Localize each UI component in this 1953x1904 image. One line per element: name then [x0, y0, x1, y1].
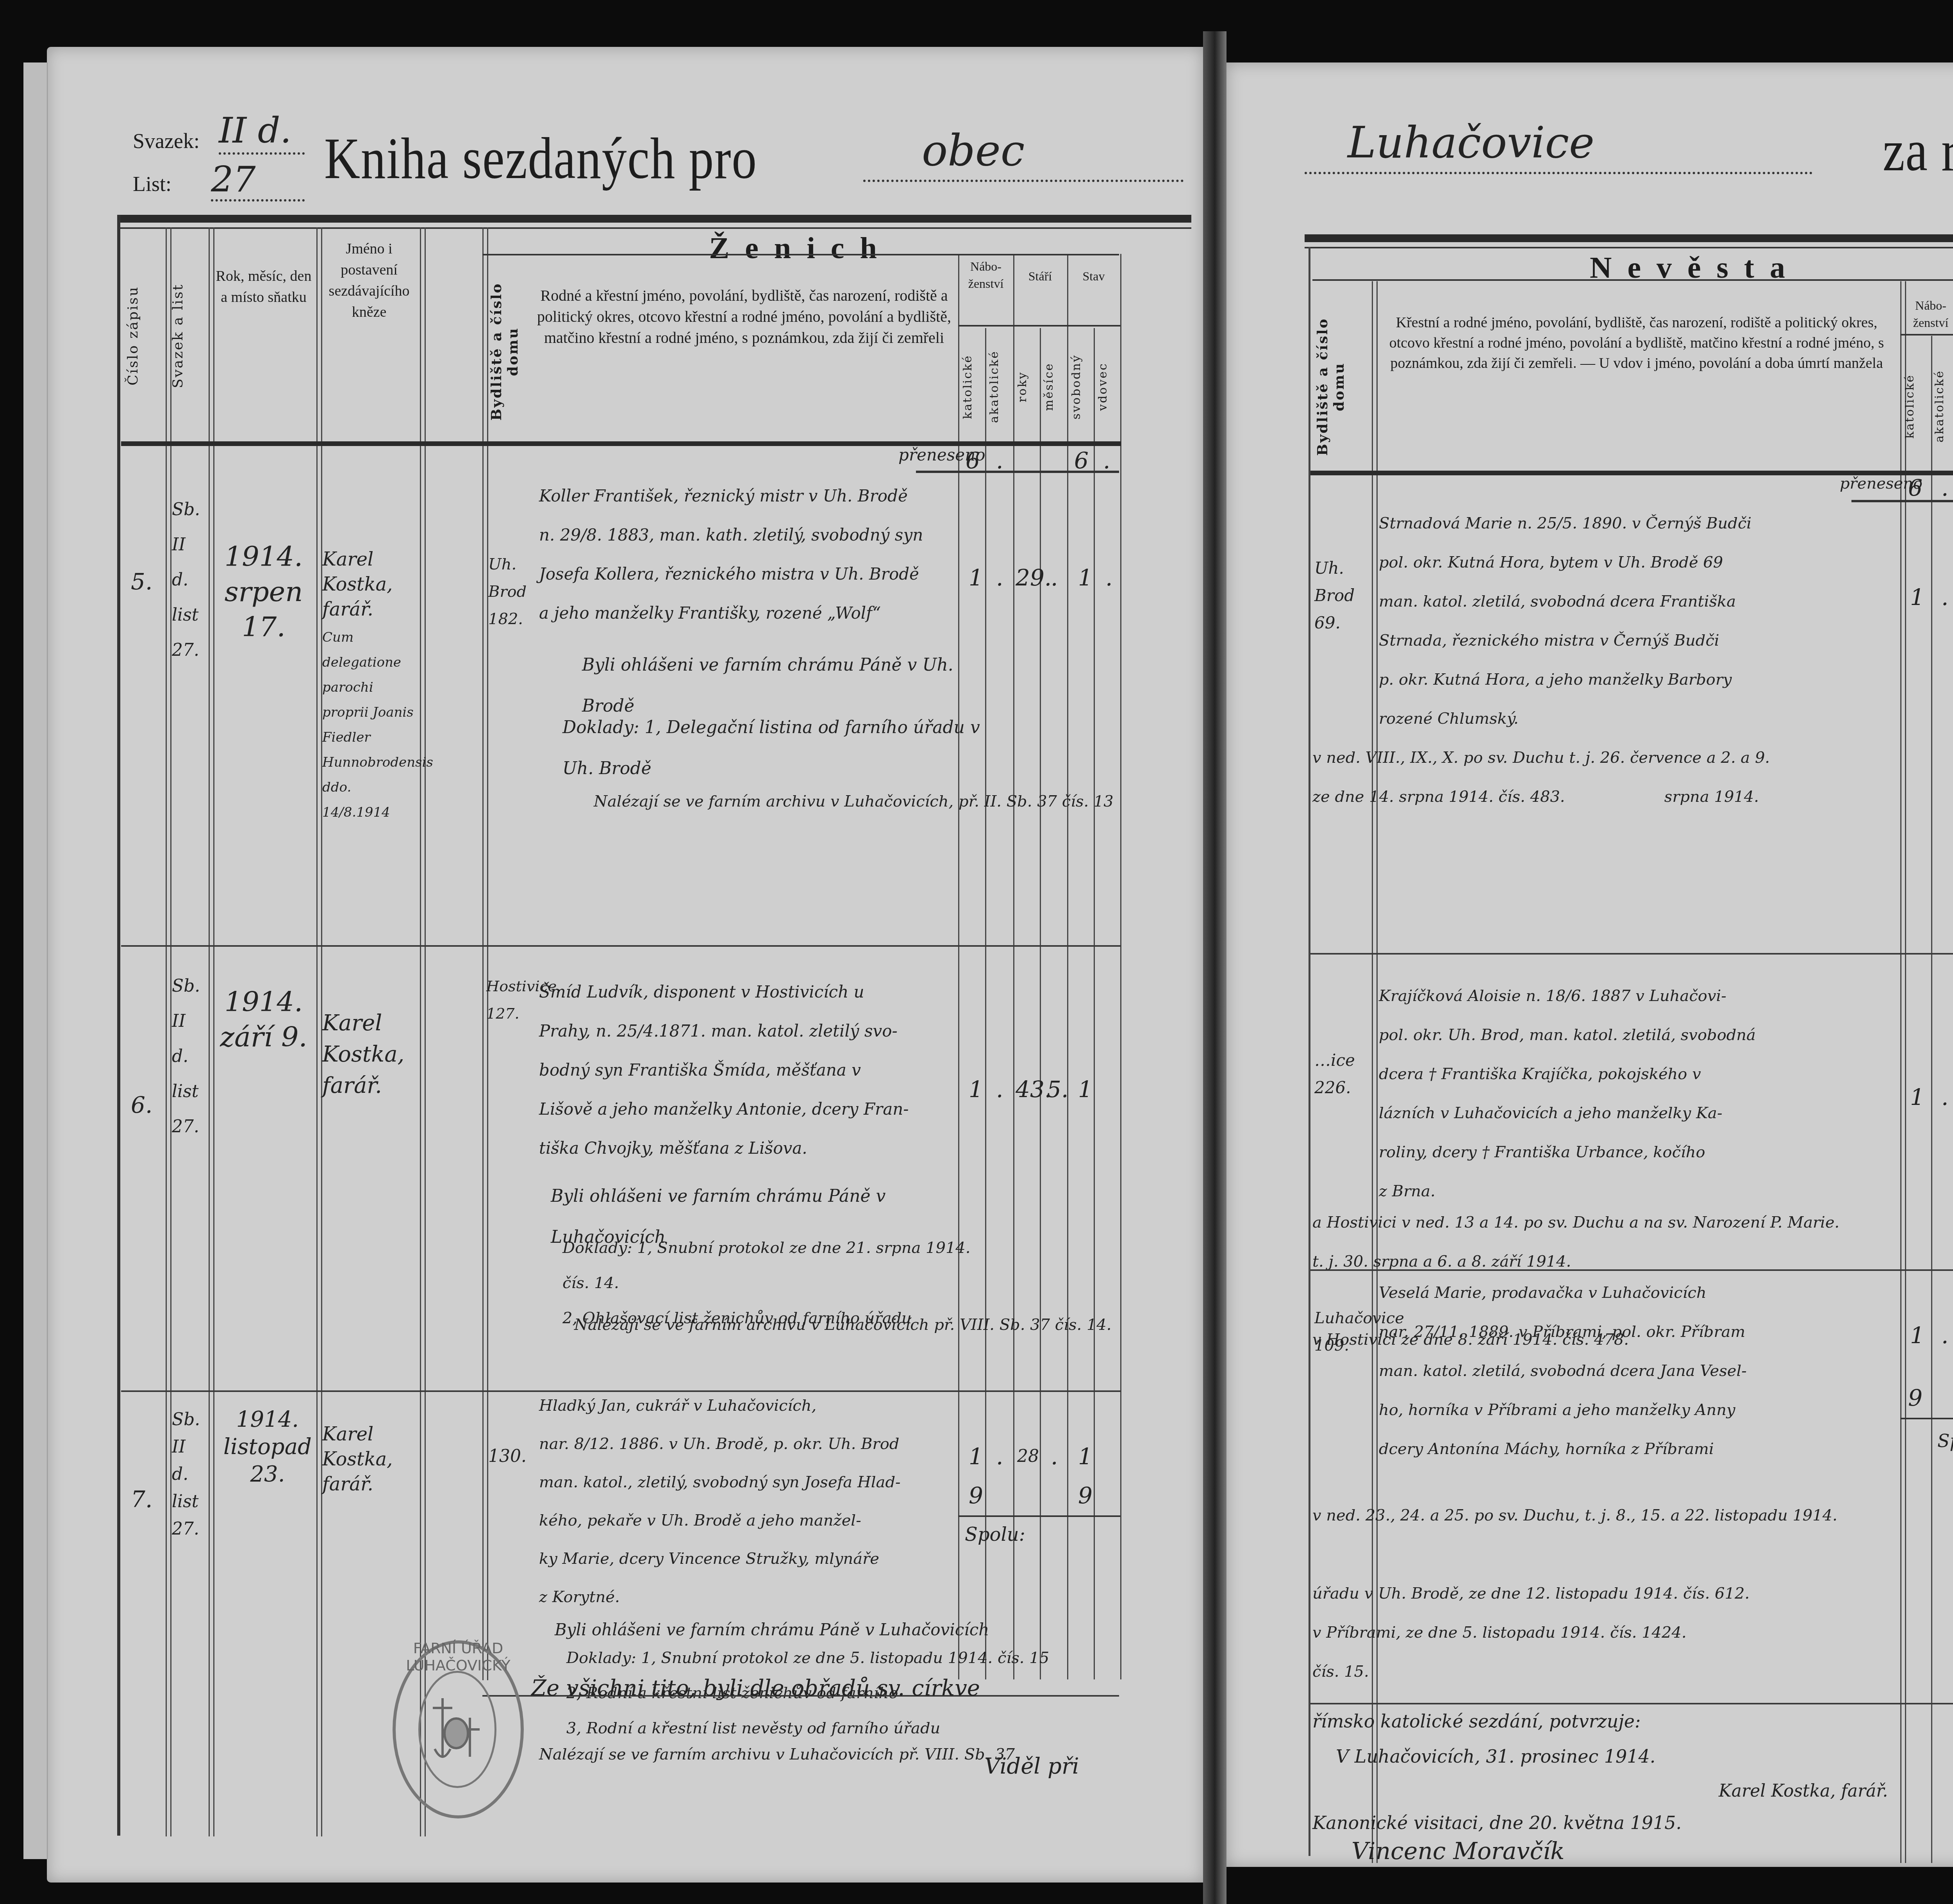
col-divider [1013, 254, 1014, 1679]
group-header-rule [1312, 279, 1953, 281]
val-svobodny: 1 [1078, 1437, 1093, 1476]
val-mesice: . [1051, 559, 1058, 597]
total-katolicke: 9 [969, 1476, 983, 1515]
col-divider [1094, 328, 1095, 1679]
book-spine [1203, 31, 1226, 1904]
header-popis: Rodné a křestní jméno, povolání, bydlišt… [535, 285, 953, 348]
visa-text: Viděl při [984, 1754, 1079, 1779]
visitor-signature: Vincenc Moravčík [1351, 1838, 1565, 1865]
header-rok-mesic: Rok, měsíc, den a místo sňatku [213, 266, 314, 308]
carried-over-rule [1851, 500, 1953, 502]
entry-residence: Uh. Brod 182. [488, 551, 535, 633]
header-cislo-zapisu: Číslo zápisu [125, 234, 164, 437]
archive-text: Nalézají se ve farním archivu v Luhačovi… [574, 1304, 1113, 1345]
bride-banns: v ned. VIII., IX., X. po sv. Duchu t. j.… [1312, 738, 1953, 816]
val-roky: 43. [1016, 1070, 1051, 1108]
bride-description: Strnadová Marie n. 25/5. 1890. v Černýš … [1379, 504, 1898, 738]
bride-residence: …ice 226. [1314, 1047, 1369, 1101]
carried-svobodny: 6 [1074, 441, 1089, 480]
entry-date: 1914. srpen 17. [215, 539, 312, 644]
carried-vdovec: . [1103, 441, 1110, 480]
header-svazek-a-list: Svazek a list [170, 234, 207, 437]
entry-date: 1914. září 9. [215, 984, 312, 1055]
header-mesice: měsíce [1042, 336, 1066, 437]
entry-svazek: Sb. II d. list 27. [172, 969, 207, 1144]
header-nabozenstvi: Nábo-ženství [1901, 297, 1953, 331]
val-katolicke: 1 [1910, 578, 1924, 616]
entry-residence: Hostivice, 127. [486, 973, 537, 1027]
place-value: Luhačovice [1305, 113, 1812, 174]
col-divider [420, 227, 426, 1836]
col-divider [958, 254, 959, 1679]
bride-residence: Uh. Brod 69. [1314, 555, 1369, 637]
documents-text: Doklady: 1, Delegační listina od farního… [562, 707, 996, 789]
entry-divider [121, 945, 1121, 947]
anchor-cross-heart-icon [427, 1690, 486, 1768]
bride-description: Veselá Marie, prodavačka v Luhačovicích … [1379, 1273, 1898, 1469]
val-katolicke: 1 [1910, 1316, 1924, 1354]
entry-number: 6. [131, 1086, 152, 1124]
val-svobodny: 1 [1078, 1070, 1093, 1108]
val-katolicke: 1 [1910, 1078, 1924, 1116]
header-akatolicke: akatolické [987, 336, 1012, 437]
entry-divider [1310, 1703, 1953, 1704]
entry-svazek: Sb. II d. list 27. [172, 1406, 207, 1543]
left-page: Svazek: II d. List: 27 Kniha sezdaných p… [47, 47, 1203, 1883]
header-katolicke: katolické [1903, 344, 1930, 469]
list-label: List: [133, 172, 171, 196]
groom-description: Šmíd Ludvík, disponent v Hostivicích u P… [539, 973, 957, 1168]
entry-svazek: Sb. II d. list 27. [172, 492, 207, 668]
carried-katolicke: 6 [966, 441, 980, 480]
svazek-value: II d. [219, 109, 305, 155]
col-divider [166, 227, 171, 1836]
header-nabozenstvi: Nábo-ženství [959, 258, 1012, 292]
stamp-text: FARNÍ ÚŘAD LUHAČOVICKÝ [400, 1640, 517, 1674]
table-left-border [117, 215, 120, 1836]
col-divider [985, 328, 986, 1679]
entry-date: 1914. listopad 23. [215, 1406, 320, 1488]
table-top-rule-thin [1305, 247, 1953, 248]
col-divider [1067, 254, 1068, 1679]
table-top-rule-thin [117, 227, 1191, 229]
carried-akatolicke: . [996, 441, 1003, 480]
subheader-rule [1900, 334, 1953, 335]
header-stari: Stáří [1014, 266, 1066, 287]
col-divider [1040, 328, 1041, 1679]
header-bydliste: Bydliště a číslo domu [488, 266, 531, 437]
entry-number: 7. [131, 1480, 152, 1519]
total-svobodny: 9 [1078, 1476, 1093, 1515]
col-divider [1120, 254, 1121, 1679]
bride-banns: v ned. 23., 24. a 25. po sv. Duchu, t. j… [1312, 1496, 1953, 1691]
total-katolicke: 9 [1908, 1379, 1923, 1417]
archive-text: Nalézají se ve farním archivu v Luhačovi… [594, 781, 1141, 822]
entry-priest: Karel Kostka, farář. [322, 547, 416, 622]
header-jmeno-kneze: Jméno i postavení sezdávajícího kněze [320, 238, 418, 323]
val-akatolicke: . [996, 559, 1003, 597]
page-edge [23, 62, 48, 1859]
header-bydliste: Bydliště a číslo domu [1314, 297, 1369, 476]
val-katolicke: 1 [969, 1437, 983, 1476]
entry-priest-note: Cum delegatione parochi proprii Joanis F… [322, 625, 416, 825]
header-stav: Stav [1068, 266, 1119, 287]
val-akatolicke: . [1941, 578, 1948, 616]
closing-text: Že všichni tito, byli dle obřadů sv. cír… [531, 1676, 980, 1701]
list-value: 27 [211, 160, 305, 202]
entry-residence: 130. [488, 1437, 535, 1476]
bride-description: Krajíčková Aloisie n. 18/6. 1887 v Luhač… [1379, 976, 1898, 1211]
val-akatolicke: . [996, 1437, 1003, 1476]
header-popis: Křestní a rodné jméno, povolání, bydlišt… [1379, 312, 1894, 373]
groom-description: Hladký Jan, cukrář v Luhačovicích, nar. … [539, 1387, 957, 1616]
header-katolicke: katolické [961, 336, 984, 437]
svazek-label: Svazek: [133, 129, 200, 153]
col-divider [209, 227, 214, 1836]
parish-stamp: FARNÍ ÚŘAD LUHAČOVICKÝ [393, 1640, 524, 1818]
header-roky: roky [1016, 336, 1039, 437]
val-roky: 29. [1016, 559, 1051, 597]
entry-divider [1310, 1269, 1953, 1271]
val-vdovec: . [1105, 559, 1112, 597]
entry-divider [1310, 953, 1953, 955]
right-page: Luhačovice za rok 1914 Nevěsta Svědci By… [1226, 62, 1953, 1867]
page-title: Kniha sezdaných pro [324, 125, 757, 192]
visitation-text: Kanonické visitaci, dne 20. května 1915. [1312, 1812, 1682, 1833]
table-top-rule [117, 215, 1191, 223]
val-katolicke: 1 [969, 1070, 983, 1108]
groom-group-header: Ženich [482, 230, 1119, 266]
val-akatolicke: . [1941, 1078, 1948, 1116]
entry-priest: Karel Kostka, farář. [322, 1422, 416, 1497]
pastor-signature: Karel Kostka, farář. [1719, 1781, 1888, 1801]
totals-rule [1900, 1418, 1953, 1419]
val-mesice: . [1051, 1437, 1058, 1476]
entry-number: 5. [131, 562, 152, 601]
carried-over-rule [916, 471, 1119, 473]
closing-line-2: V Luhačovicích, 31. prosinec 1914. [1336, 1746, 1655, 1767]
entry-priest: Karel Kostka, farář. [322, 1008, 416, 1101]
val-akatolicke: . [996, 1070, 1003, 1108]
groom-description: Koller František, řeznický mistr v Uh. B… [539, 476, 957, 633]
table-left-border [1309, 247, 1310, 1856]
bride-residence: Luhačovice 109. [1314, 1304, 1369, 1359]
header-akatolicke: akatolické [1933, 344, 1953, 469]
val-mesice: 5. [1047, 1070, 1068, 1108]
val-svobodny: 1 [1078, 559, 1093, 597]
totals-label: Spolu: [965, 1515, 1025, 1554]
val-roky: 28 [1017, 1437, 1039, 1476]
table-top-rule [1305, 234, 1953, 242]
closing-line-1: římsko katolické sezdání, potvrzuje: [1312, 1711, 1641, 1732]
year-label: za rok [1883, 117, 1953, 184]
group-header-rule [482, 254, 1119, 255]
title-fill-value: obec [863, 121, 1184, 182]
totals-label: Spolu [1937, 1422, 1953, 1460]
val-katolicke: 1 [969, 559, 983, 597]
header-vdovec: vdovec [1096, 336, 1119, 437]
subheader-rule [958, 325, 1120, 327]
col-divider [316, 227, 322, 1836]
val-akatolicke: . [1941, 1316, 1948, 1354]
header-svobodny: svobodný [1069, 336, 1093, 437]
